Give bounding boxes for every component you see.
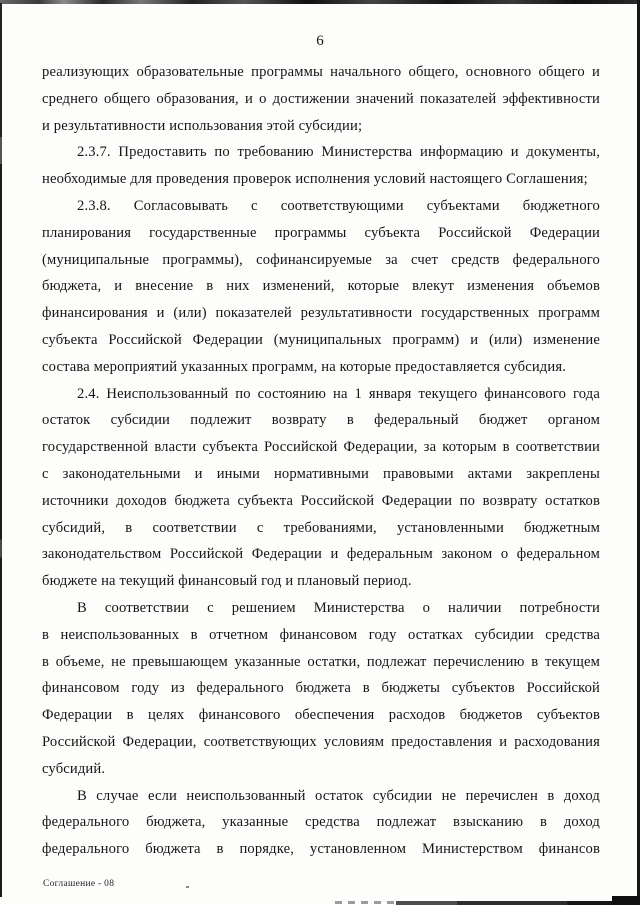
text-line: Федерации в целях финансового обеспечени… (42, 702, 600, 729)
text-line: федерального бюджета в порядке, установл… (42, 836, 600, 863)
text-line: В соответствии с решением Министерства о… (42, 595, 600, 622)
text-line: В случае если неиспользованный остаток с… (42, 783, 600, 810)
text-line: остаток субсидии подлежит возврату в фед… (42, 407, 600, 434)
document-page: 6 реализующих образовательные программы … (0, 0, 640, 905)
footer-label: Соглашение - 08 (43, 879, 114, 889)
scan-artifact-top-edge (0, 0, 640, 4)
text-line: (муниципальные программы), софинансируем… (42, 247, 600, 274)
text-line: субсидий, в соответствии с требованиями,… (42, 515, 600, 542)
text-line: необходимые для проведения проверок испо… (42, 166, 600, 193)
scan-artifact-bottom-dashes (335, 901, 397, 904)
text-line: 2.3.8. Согласовывать с соответствующими … (42, 193, 600, 220)
scan-artifact-bottom-corner (612, 896, 640, 905)
text-line: 2.4. Неиспользованный по состоянию на 1 … (42, 381, 600, 408)
document-text: реализующих образовательные программы на… (42, 59, 600, 863)
text-line: Российской Федерации, соответствующих ус… (42, 729, 600, 756)
text-line: субсидий. (42, 756, 600, 783)
text-line: бюджете на текущий финансовый год и план… (42, 568, 600, 595)
page-number: 6 (0, 33, 640, 50)
scan-border-left (0, 3, 2, 897)
scan-artifact-dot (186, 886, 189, 888)
text-line: в объеме, не превышающем указанные остат… (42, 649, 600, 676)
text-line: 2.3.7. Предоставить по требованию Минист… (42, 139, 600, 166)
text-line: субъекта Российской Федерации (муниципал… (42, 327, 600, 354)
text-line: реализующих образовательные программы на… (42, 59, 600, 86)
scan-artifact-bottom-edge (396, 901, 640, 905)
text-line: и результативности использования этой су… (42, 113, 600, 140)
text-line: законодательством Российской Федерации и… (42, 541, 600, 568)
text-line: источники доходов бюджета субъекта Росси… (42, 488, 600, 515)
text-line: федерального бюджета, указанные средства… (42, 809, 600, 836)
text-line: состава мероприятий указанных программ, … (42, 354, 600, 381)
text-line: государственной власти субъекта Российск… (42, 434, 600, 461)
text-line: финансирования и (или) показателей резул… (42, 300, 600, 327)
text-line: в неиспользованных в отчетном финансовом… (42, 622, 600, 649)
text-line: финансовом году из федерального бюджета … (42, 675, 600, 702)
text-line: бюджета, и внесение в них изменений, кот… (42, 273, 600, 300)
text-line: планирования государственные программы с… (42, 220, 600, 247)
text-line: среднего общего образования, и о достиже… (42, 86, 600, 113)
text-line: с законодательными и иными нормативными … (42, 461, 600, 488)
